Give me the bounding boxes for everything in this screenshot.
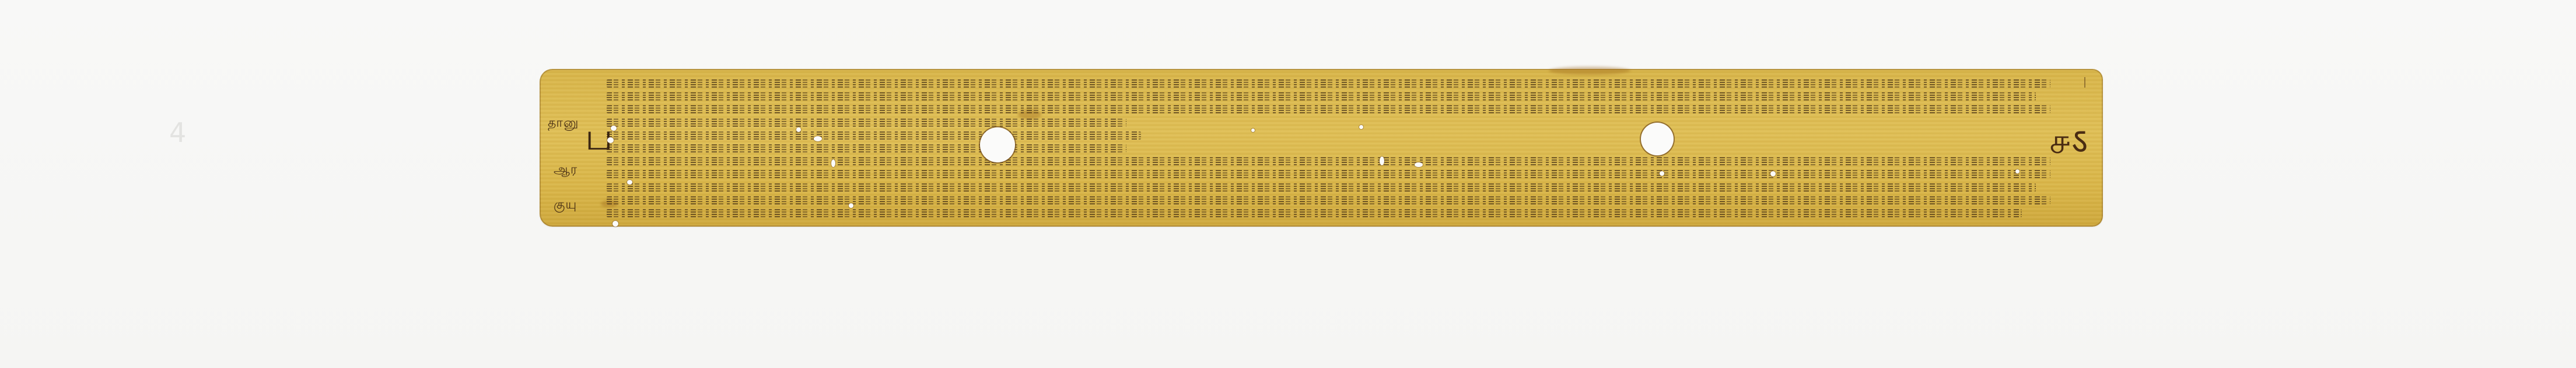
wormhole — [1251, 129, 1255, 132]
pencil-annotation: 4 — [169, 117, 186, 148]
script-line — [607, 183, 2036, 192]
wormhole — [1380, 157, 1384, 165]
string-hole — [1641, 123, 1674, 155]
wormhole — [607, 137, 614, 143]
palm-leaf: தானு ஆர குயு ப ௪ऽ — [540, 69, 2103, 227]
script-line — [607, 92, 2036, 100]
wormhole — [814, 136, 822, 141]
edge-notch — [2084, 77, 2085, 88]
margin-note: தானு — [548, 116, 579, 132]
wormhole — [2015, 169, 2020, 173]
wormhole — [1660, 171, 1664, 176]
wormhole — [627, 180, 632, 185]
wormhole — [796, 127, 801, 132]
leaf-stain — [1549, 67, 1630, 75]
script-line — [607, 105, 2050, 113]
wormhole — [1359, 125, 1363, 129]
script-line — [607, 144, 1126, 152]
wormhole — [1415, 162, 1423, 167]
margin-note: ஆர — [554, 162, 577, 179]
wormhole — [849, 203, 853, 208]
script-line — [607, 119, 1126, 127]
script-line — [607, 79, 2050, 88]
margin-note: குயு — [554, 197, 577, 214]
wormhole — [831, 159, 835, 167]
wormhole — [612, 221, 618, 227]
script-line — [607, 157, 2050, 165]
wormhole — [611, 126, 617, 131]
manuscript-text-block — [607, 79, 2050, 217]
string-hole — [980, 127, 1015, 162]
script-line — [607, 131, 1141, 140]
script-line — [607, 209, 2022, 217]
script-line — [607, 196, 2050, 204]
folio-number-right: ௪ऽ — [2049, 116, 2088, 166]
wormhole — [1770, 171, 1776, 176]
script-line — [607, 170, 2050, 178]
